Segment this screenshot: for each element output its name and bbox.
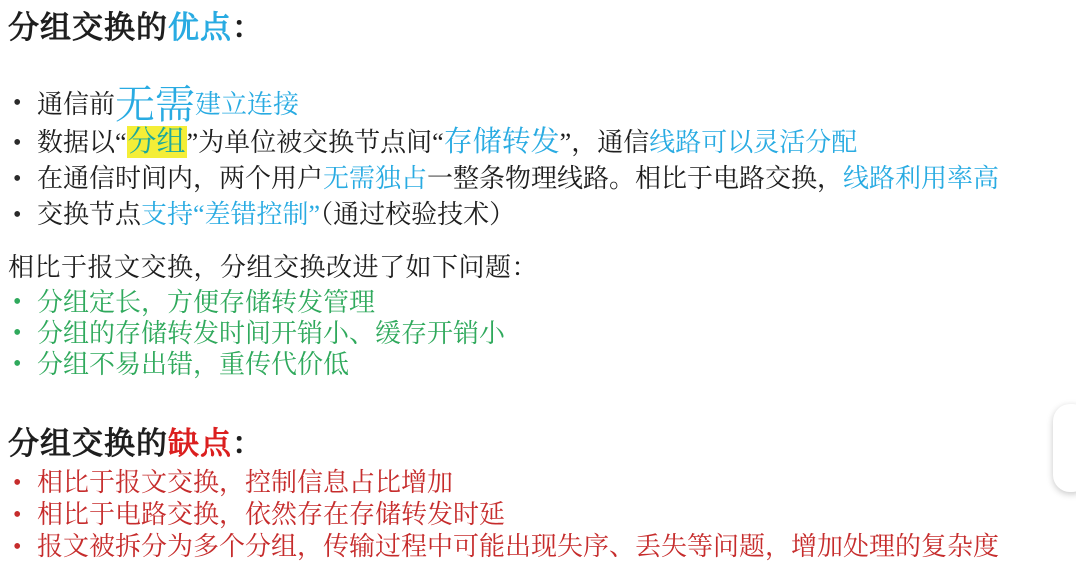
advantage-item: 在通信时间内，两个用户无需独占一整条物理线路。相比于电路交换，线路利用率高 xyxy=(0,161,1076,197)
advantage-item: 交换节点支持“差错控制”（通过校验技术） xyxy=(0,197,1076,233)
text-segment: 通信前 xyxy=(37,90,115,119)
text-segment: 一整条物理线路。相比于电路交换， xyxy=(427,164,843,193)
text-segment: 线路可以灵活分配 xyxy=(649,128,857,157)
drawbacks-title: 分组交换的缺点： xyxy=(8,424,1076,464)
text-segment: 缺点 xyxy=(168,426,232,461)
drawback-item: 相比于报文交换，控制信息占比增加 xyxy=(0,467,1076,499)
text-segment: 分组交换的 xyxy=(8,426,168,461)
text-segment: ： xyxy=(232,10,264,45)
text-segment: ”为单位被交换节点间“ xyxy=(187,128,444,157)
drawback-item: 报文被拆分为多个分组，传输过程中可能出现失序、丢失等问题，增加处理的复杂度 xyxy=(0,531,1076,563)
text-segment: 在通信时间内，两个用户 xyxy=(37,164,323,193)
text-segment: 支持“差错控制” xyxy=(141,200,320,229)
improvement-item: 分组定长，方便存储转发管理 xyxy=(0,287,1076,318)
text-segment: 建立连接 xyxy=(195,90,299,119)
text-segment: 交换节点 xyxy=(37,200,141,229)
text-segment: 无需独占 xyxy=(323,164,427,193)
text-segment: 数据以“ xyxy=(37,128,127,157)
slide-page: 分组交换的优点： 通信前无需建立连接 数据以“分组”为单位被交换节点间“存储转发… xyxy=(0,0,1076,586)
text-segment: ”，通信 xyxy=(560,128,650,157)
text-segment: ： xyxy=(232,426,264,461)
text-segment: 无需 xyxy=(115,82,195,127)
advantages-list: 通信前无需建立连接 数据以“分组”为单位被交换节点间“存储转发”，通信线路可以灵… xyxy=(0,85,1076,233)
drawbacks-list: 相比于报文交换，控制信息占比增加 相比于电路交换，依然存在存储转发时延 报文被拆… xyxy=(0,467,1076,563)
improvements-heading: 相比于报文交换，分组交换改进了如下问题： xyxy=(8,251,1076,284)
improvements-list: 分组定长，方便存储转发管理 分组的存储转发时间开销小、缓存开销小 分组不易出错，… xyxy=(0,287,1076,380)
text-segment: 分组 xyxy=(127,126,187,158)
advantage-item: 通信前无需建立连接 xyxy=(0,85,1076,125)
text-segment: 存储转发 xyxy=(444,126,560,158)
drawback-item: 相比于电路交换，依然存在存储转发时延 xyxy=(0,499,1076,531)
advantages-title: 分组交换的优点： xyxy=(8,8,1076,48)
text-segment: 线路利用率高 xyxy=(843,164,999,193)
floating-edge-handle[interactable] xyxy=(1053,404,1076,492)
advantage-item: 数据以“分组”为单位被交换节点间“存储转发”，通信线路可以灵活分配 xyxy=(0,125,1076,161)
text-segment: 分组交换的 xyxy=(8,10,168,45)
improvement-item: 分组的存储转发时间开销小、缓存开销小 xyxy=(0,318,1076,349)
text-segment: 优点 xyxy=(168,10,232,45)
improvement-item: 分组不易出错，重传代价低 xyxy=(0,349,1076,380)
text-segment: （通过校验技术） xyxy=(320,200,515,229)
